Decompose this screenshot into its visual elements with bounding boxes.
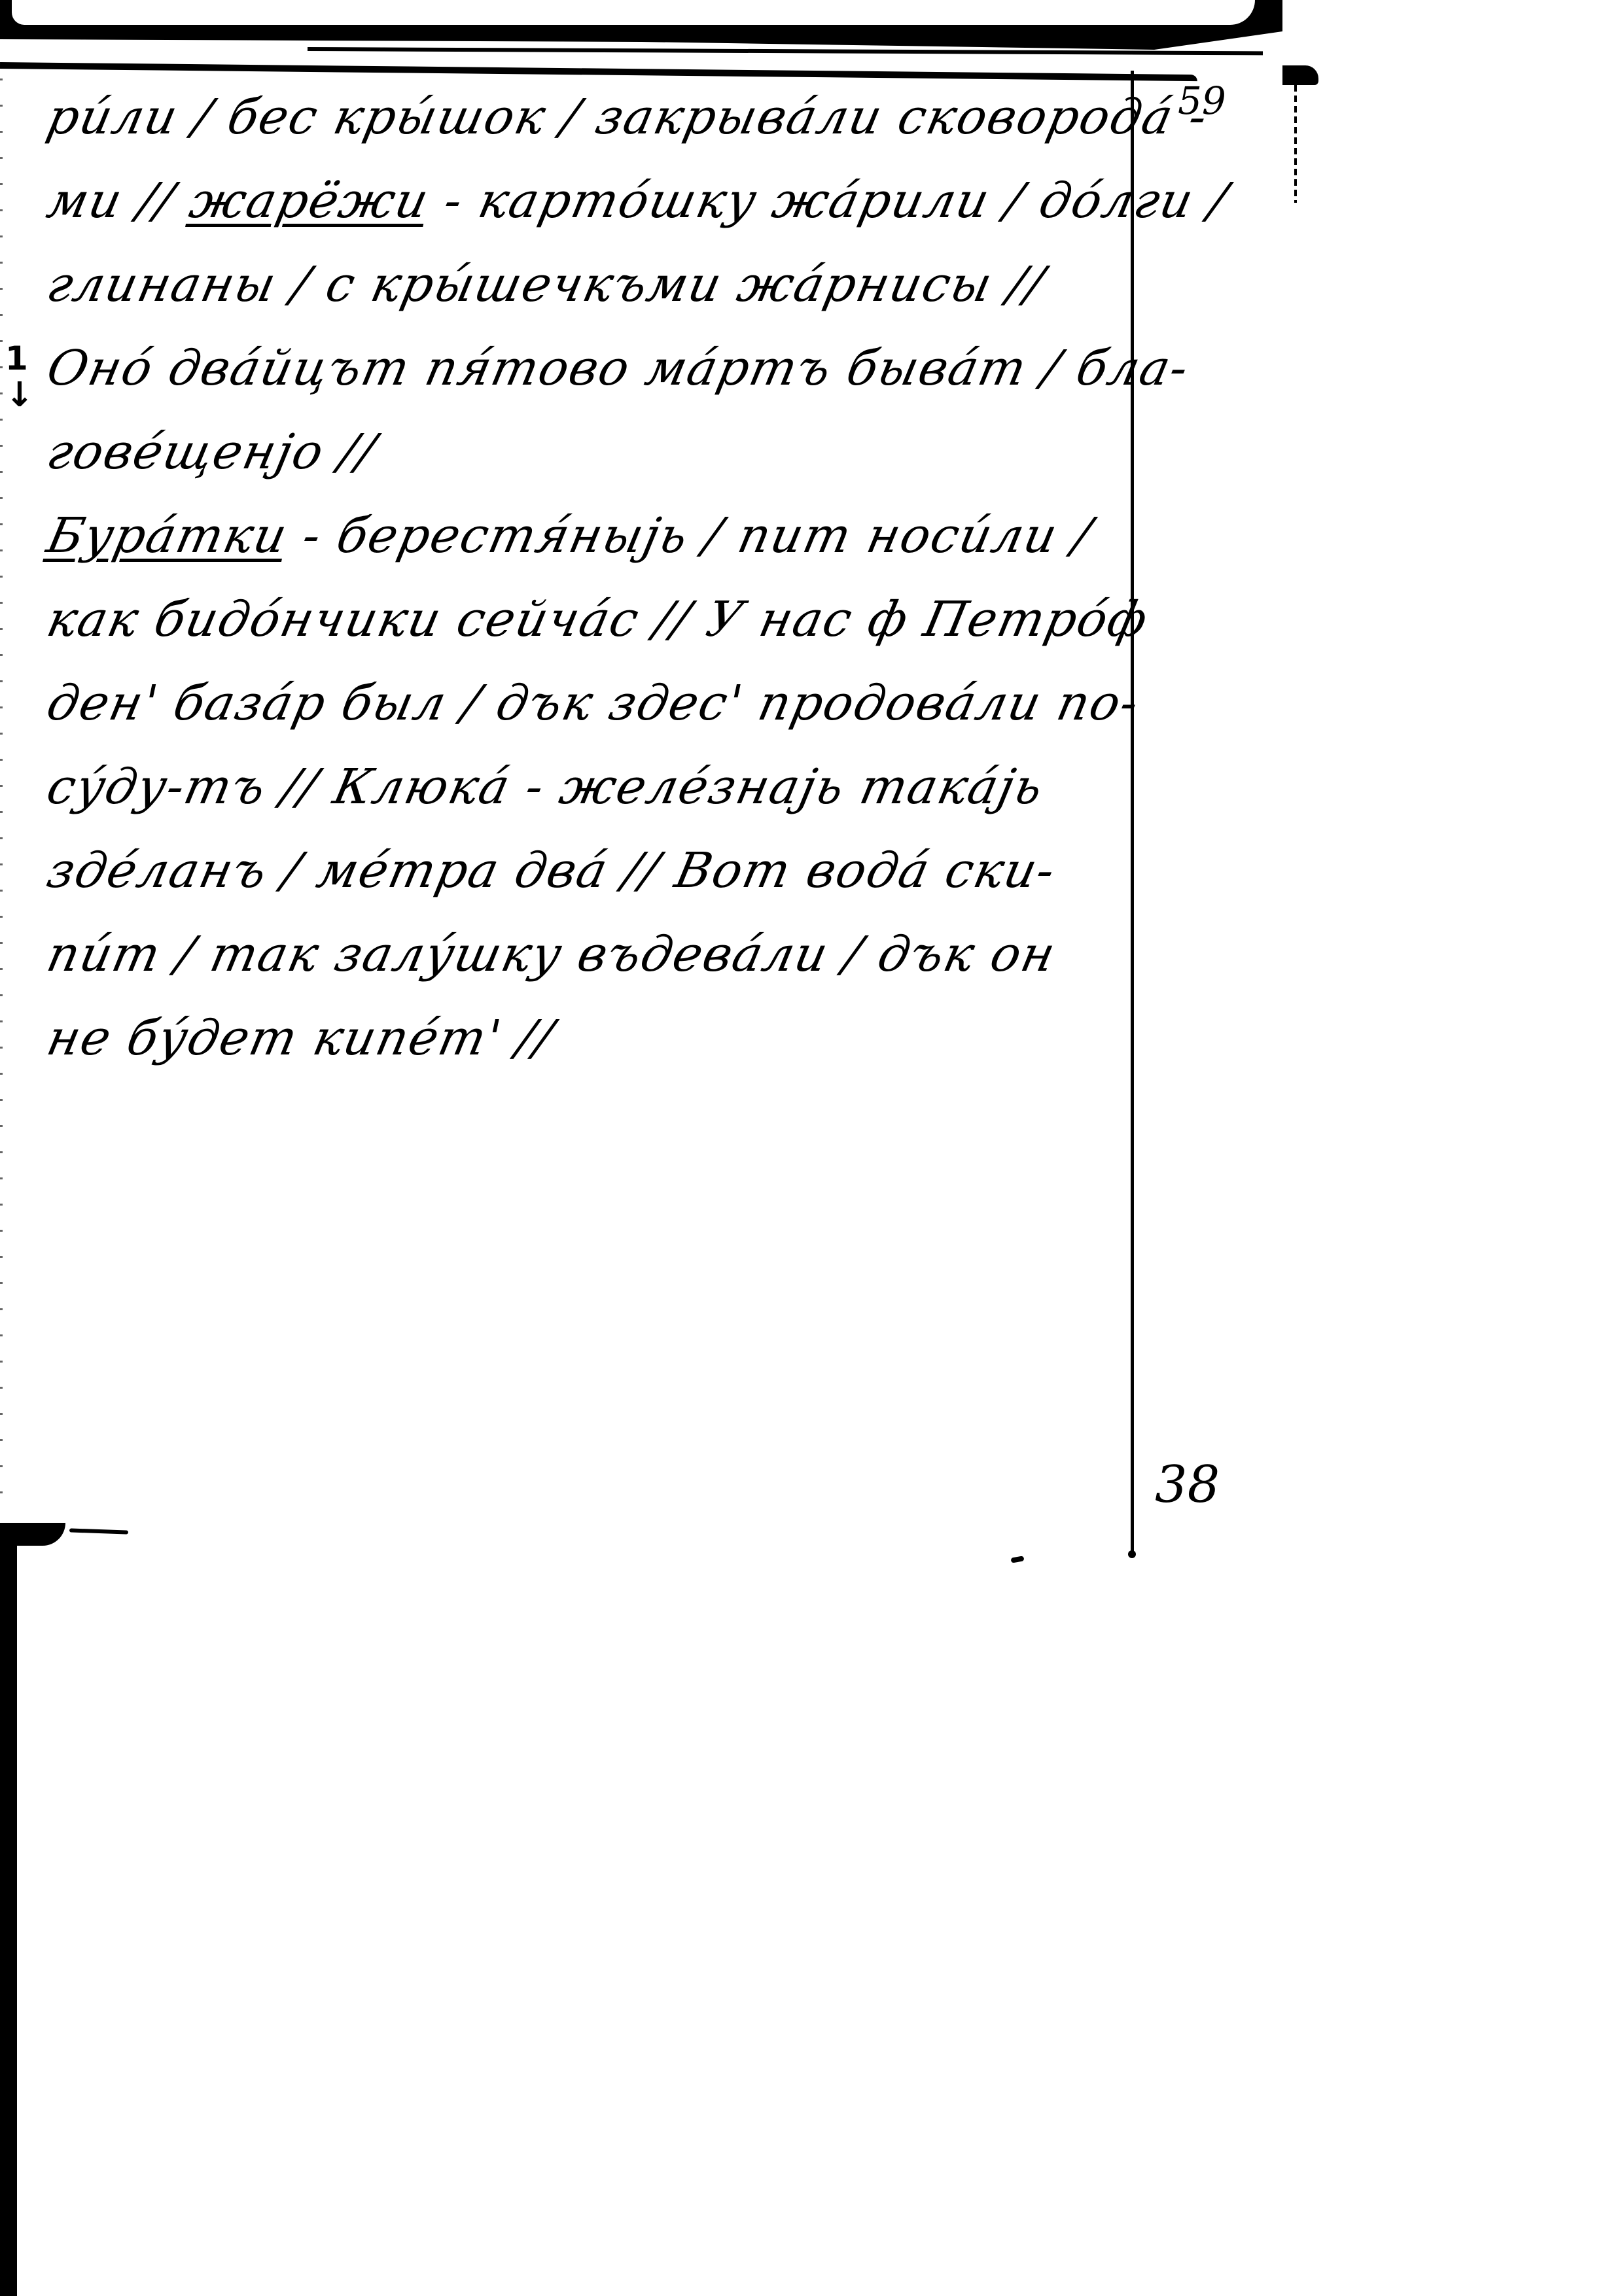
headword-underlined: Бура́тки [42,508,292,564]
ink-speck [1010,1556,1024,1563]
text-line: ми // жарёжи - карто́шку жа́рили / до́лг… [39,159,1143,243]
margin-annotation: 1 ↓ [5,340,34,413]
text-line: ри́ли / бес кры́шок / закрыва́ли сковоро… [39,75,1143,159]
text-line: не бу́дет кипе́т' // [39,996,1143,1080]
text-line: как бидо́нчики сейча́с // У нас ф Петро́… [39,578,1143,661]
binding-shadow-streak [69,1528,128,1534]
page-number-bottom: 38 [1155,1455,1220,1514]
scan-right-tab-shadow [1282,65,1318,85]
text-line: пи́т / так залу́шку въдева́ли / дък он [39,913,1143,996]
text-line: Оно́ два́йцът пя́тово ма́ртъ бывáт / бла… [39,326,1143,410]
margin-rule-end [1128,1550,1136,1558]
text-line: глинаны / с кры́шечкъми жа́рнисы // [39,243,1143,326]
page-right-edge [1294,85,1297,203]
binding-shadow [0,1524,17,2296]
text-line: Бура́тки - берестя́ныјь / пит носи́ли / [39,494,1143,578]
scan-top-gap [12,0,1255,25]
text-line: зде́ланъ / ме́тра два́ // Вот вода́ ски- [39,829,1143,913]
text-line: гове́щенјо // [39,410,1143,494]
handwritten-text: ри́ли / бес кры́шок / закрыва́ли сковоро… [39,75,1125,1080]
margin-annotation-number: 1 [5,339,28,377]
text-line: ден' база́р был / дък здес' продова́ли п… [39,661,1143,745]
arrow-down-icon: ↓ [5,377,34,413]
headword-underlined: жарёжи [185,173,434,229]
page-left-edge-noise [0,78,3,1518]
text-line: су́ду-тъ // Клюка́ - желе́знајь така́јь [39,745,1143,829]
